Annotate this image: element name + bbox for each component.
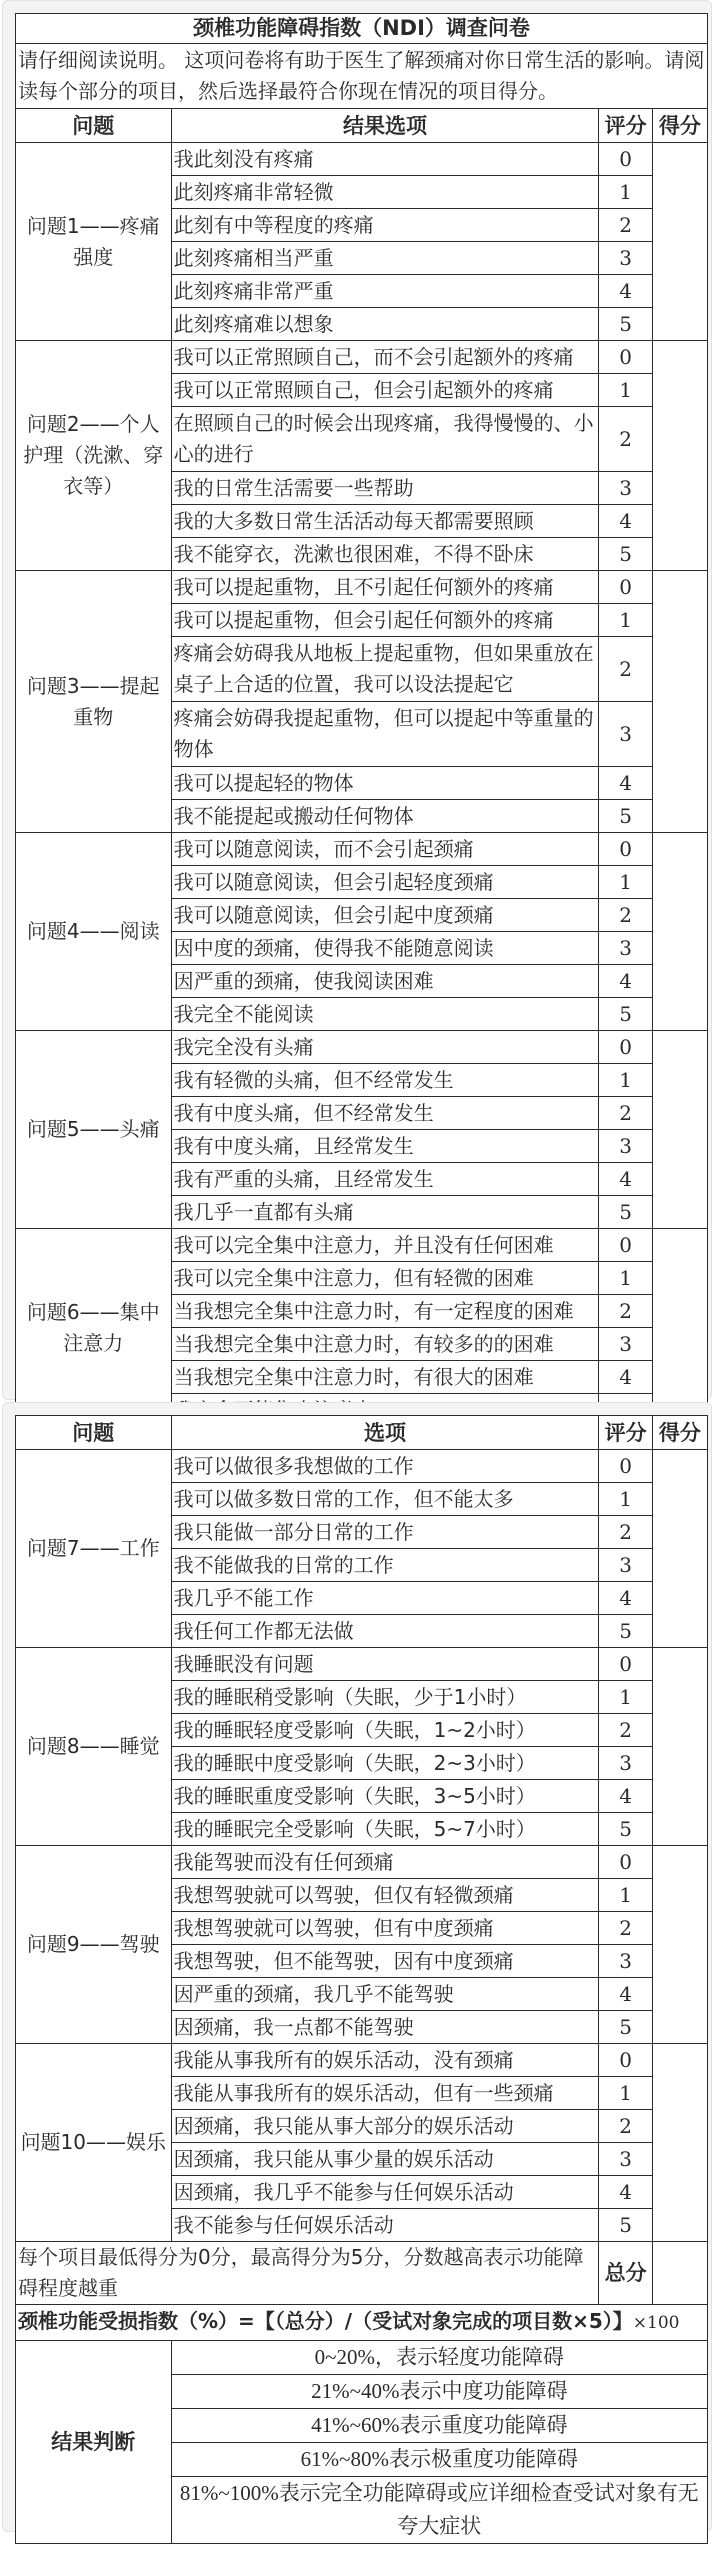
question-9-score-input[interactable] [652,1846,707,2044]
option-text[interactable]: 我睡眠没有问题 [171,1648,599,1681]
questionnaire-page-2: 问题 选项 评分 得分 问题7——工作我可以做很多我想做的工作0我可以做多数日常… [2,1402,712,2532]
question-5-label: 问题5——头痛 [16,1031,172,1229]
col-header-options: 结果选项 [171,109,599,143]
option-text[interactable]: 我的睡眠轻度受影响（失眠，1~2小时） [171,1714,599,1747]
option-rating: 3 [599,1747,652,1780]
option-rating: 3 [599,932,652,965]
question-5-option-row[interactable]: 问题5——头痛我完全没有头痛0 [16,1031,708,1064]
option-rating: 5 [599,1196,652,1229]
option-rating: 4 [599,965,652,998]
option-rating: 0 [599,1031,652,1064]
option-rating: 0 [599,1846,652,1879]
option-rating: 3 [599,472,652,505]
option-rating: 5 [599,538,652,571]
question-7-option-row[interactable]: 问题7——工作我可以做很多我想做的工作0 [16,1450,708,1483]
col-header-options: 选项 [171,1416,599,1450]
option-rating: 2 [599,1295,652,1328]
option-text[interactable]: 因颈痛，我一点都不能驾驶 [171,2011,599,2044]
questions-1-to-6: 问题1——疼痛强度我此刻没有疼痛0此刻疼痛非常轻微1此刻有中等程度的疼痛2此刻疼… [16,143,708,1427]
question-1-option-row[interactable]: 问题1——疼痛强度我此刻没有疼痛0 [16,143,708,176]
question-5-score-input[interactable] [652,1031,707,1229]
question-3-label: 问题3——提起重物 [16,571,172,833]
option-rating: 1 [599,1483,652,1516]
question-2-option-row[interactable]: 问题2——个人护理（洗漱、穿衣等）我可以正常照顾自己，而不会引起额外的疼痛0 [16,341,708,374]
option-text[interactable]: 我可以做很多我想做的工作 [171,1450,599,1483]
option-text[interactable]: 我几乎一直都有头痛 [171,1196,599,1229]
option-text[interactable]: 疼痛会妨碍我从地板上提起重物，但如果重放在桌子上合适的位置，我可以设法提起它 [171,637,599,702]
option-text[interactable]: 疼痛会妨碍我提起重物，但可以提起中等重量的物体 [171,702,599,767]
option-rating: 5 [599,800,652,833]
option-text[interactable]: 我有轻微的头痛，但不经常发生 [171,1064,599,1097]
document-title: 颈椎功能障碍指数（NDI）调查问卷 [16,14,708,44]
option-rating: 0 [599,1229,652,1262]
result-range-5: 81%~100%表示完全功能障碍或应详细检查受试对象有无夸大症状 [171,2477,707,2544]
option-text[interactable]: 我可以正常照顾自己，但会引起额外的疼痛 [171,374,599,407]
result-range-2: 21%~40%表示中度功能障碍 [171,2375,707,2409]
question-10-label: 问题10——娱乐 [16,2044,172,2242]
option-rating: 4 [599,1361,652,1394]
option-text[interactable]: 我可以随意阅读，但会引起中度颈痛 [171,899,599,932]
option-text[interactable]: 此刻疼痛非常严重 [171,275,599,308]
option-rating: 0 [599,341,652,374]
option-text[interactable]: 我的睡眠完全受影响（失眠，5~7小时） [171,1813,599,1846]
option-rating: 2 [599,1912,652,1945]
option-rating: 3 [599,1945,652,1978]
option-rating: 5 [599,1813,652,1846]
option-text[interactable]: 我可以随意阅读，但会引起轻度颈痛 [171,866,599,899]
formula-multiplier: ×100 [633,2313,680,2333]
option-text[interactable]: 当我想完全集中注意力时，有很大的困难 [171,1361,599,1394]
option-rating: 0 [599,143,652,176]
option-text[interactable]: 我的睡眠重度受影响（失眠，3~5小时） [171,1780,599,1813]
option-rating: 3 [599,2143,652,2176]
option-rating: 0 [599,833,652,866]
option-text[interactable]: 我不能提起或搬动任何物体 [171,800,599,833]
option-rating: 3 [599,702,652,767]
option-rating: 2 [599,637,652,702]
option-rating: 4 [599,1978,652,2011]
option-text[interactable]: 我的日常生活需要一些帮助 [171,472,599,505]
option-text[interactable]: 我能从事我所有的娱乐活动，没有颈痛 [171,2044,599,2077]
col-header-question: 问题 [16,109,172,143]
option-rating: 2 [599,407,652,472]
option-rating: 1 [599,1681,652,1714]
formula-main: 颈椎功能受损指数（%）=【（总分）/（受试对象完成的项目数×5）】 [18,2309,633,2333]
question-3-option-row[interactable]: 问题3——提起重物我可以提起重物，且不引起任何额外的疼痛0 [16,571,708,604]
col-header-score: 得分 [652,109,707,143]
option-rating: 1 [599,866,652,899]
option-text[interactable]: 在照顾自己的时候会出现疼痛，我得慢慢的、小心的进行 [171,407,599,472]
option-text[interactable]: 因颈痛，我只能从事少量的娱乐活动 [171,2143,599,2176]
option-rating: 4 [599,275,652,308]
option-rating: 2 [599,899,652,932]
option-rating: 5 [599,308,652,341]
option-text[interactable]: 我只能做一部分日常的工作 [171,1516,599,1549]
option-rating: 4 [599,767,652,800]
option-rating: 5 [599,2011,652,2044]
question-3-score-input[interactable] [652,571,707,833]
option-rating: 4 [599,1780,652,1813]
option-text[interactable]: 因严重的颈痛，使我阅读困难 [171,965,599,998]
col-header-question: 问题 [16,1416,172,1450]
question-8-option-row[interactable]: 问题8——睡觉我睡眠没有问题0 [16,1648,708,1681]
question-8-score-input[interactable] [652,1648,707,1846]
option-rating: 4 [599,505,652,538]
option-text[interactable]: 此刻有中等程度的疼痛 [171,209,599,242]
option-rating: 1 [599,604,652,637]
option-rating: 4 [599,1582,652,1615]
question-6-label: 问题6——集中注意力 [16,1229,172,1427]
question-9-label: 问题9——驾驶 [16,1846,172,2044]
option-rating: 1 [599,2077,652,2110]
option-text[interactable]: 我可以正常照顾自己，而不会引起额外的疼痛 [171,341,599,374]
option-text[interactable]: 我不能参与任何娱乐活动 [171,2209,599,2242]
option-rating: 2 [599,2110,652,2143]
question-1-label: 问题1——疼痛强度 [16,143,172,341]
question-2-score-input[interactable] [652,341,707,571]
option-rating: 0 [599,2044,652,2077]
option-rating: 5 [599,998,652,1031]
option-rating: 1 [599,176,652,209]
question-6-score-input[interactable] [652,1229,707,1427]
result-range-3: 41%~60%表示重度功能障碍 [171,2409,707,2443]
option-rating: 0 [599,1648,652,1681]
question-9-option-row[interactable]: 问题9——驾驶我能驾驶而没有任何颈痛0 [16,1846,708,1879]
question-8-label: 问题8——睡觉 [16,1648,172,1846]
option-text[interactable]: 我不能做我的日常的工作 [171,1549,599,1582]
question-1-score-input[interactable] [652,143,707,341]
option-text[interactable]: 我可以提起重物，且不引起任何额外的疼痛 [171,571,599,604]
option-rating: 5 [599,2209,652,2242]
option-text[interactable]: 我能驾驶而没有任何颈痛 [171,1846,599,1879]
option-rating: 3 [599,1130,652,1163]
option-rating: 1 [599,1064,652,1097]
col-header-score: 得分 [652,1416,707,1450]
option-text[interactable]: 我想驾驶，但不能驾驶，因有中度颈痛 [171,1945,599,1978]
option-rating: 0 [599,571,652,604]
result-range-1: 0~20%，表示轻度功能障碍 [171,2341,707,2375]
option-text[interactable]: 我此刻没有疼痛 [171,143,599,176]
option-text[interactable]: 我的睡眠稍受影响（失眠，少于1小时） [171,1681,599,1714]
option-text[interactable]: 此刻疼痛相当严重 [171,242,599,275]
question-4-label: 问题4——阅读 [16,833,172,1031]
option-text[interactable]: 我可以完全集中注意力，但有轻微的困难 [171,1262,599,1295]
option-rating: 2 [599,1516,652,1549]
result-range-4: 61%~80%表示极重度功能障碍 [171,2443,707,2477]
option-text[interactable]: 我想驾驶就可以驾驶，但仅有轻微颈痛 [171,1879,599,1912]
option-text[interactable]: 当我想完全集中注意力时，有较多的的困难 [171,1328,599,1361]
option-rating: 0 [599,1450,652,1483]
option-rating: 1 [599,1262,652,1295]
question-4-option-row[interactable]: 问题4——阅读我可以随意阅读，而不会引起颈痛0 [16,833,708,866]
scoring-note: 每个项目最低得分为0分，最高得分为5分，分数越高表示功能障碍程度越重 [16,2242,599,2305]
option-text[interactable]: 我完全不能阅读 [171,998,599,1031]
result-judgment-label: 结果判断 [16,2341,172,2544]
ndi-table-part-2: 问题 选项 评分 得分 问题7——工作我可以做很多我想做的工作0我可以做多数日常… [15,1415,708,2544]
col-header-rating: 评分 [599,109,652,143]
option-text[interactable]: 我完全没有头痛 [171,1031,599,1064]
option-text[interactable]: 我不能穿衣，洗漱也很困难，不得不卧床 [171,538,599,571]
option-text[interactable]: 我可以做多数日常的工作，但不能太多 [171,1483,599,1516]
option-text[interactable]: 我有中度头痛，但不经常发生 [171,1097,599,1130]
option-text[interactable]: 我可以提起轻的物体 [171,767,599,800]
question-2-label: 问题2——个人护理（洗漱、穿衣等） [16,341,172,571]
question-10-option-row[interactable]: 问题10——娱乐我能从事我所有的娱乐活动，没有颈痛0 [16,2044,708,2077]
total-score-cell[interactable] [652,2242,707,2305]
questionnaire-page-1: 颈椎功能障碍指数（NDI）调查问卷 请仔细阅读说明。 这项问卷将有助于医生了解颈… [2,0,712,1400]
option-text[interactable]: 我可以提起重物，但会引起任何额外的疼痛 [171,604,599,637]
question-4-score-input[interactable] [652,833,707,1031]
option-text[interactable]: 我可以随意阅读，而不会引起颈痛 [171,833,599,866]
option-text[interactable]: 此刻疼痛非常轻微 [171,176,599,209]
questions-7-to-10: 问题7——工作我可以做很多我想做的工作0我可以做多数日常的工作，但不能太多1我只… [16,1450,708,2242]
option-text[interactable]: 因严重的颈痛，我几乎不能驾驶 [171,1978,599,2011]
option-text[interactable]: 因颈痛，我只能从事大部分的娱乐活动 [171,2110,599,2143]
option-rating: 2 [599,1097,652,1130]
option-text[interactable]: 此刻疼痛难以想象 [171,308,599,341]
col-header-rating: 评分 [599,1416,652,1450]
question-10-score-input[interactable] [652,2044,707,2242]
option-rating: 3 [599,1328,652,1361]
option-rating: 1 [599,1879,652,1912]
option-rating: 4 [599,1163,652,1196]
option-rating: 4 [599,2176,652,2209]
option-text[interactable]: 因中度的颈痛，使得我不能随意阅读 [171,932,599,965]
question-7-score-input[interactable] [652,1450,707,1648]
option-rating: 2 [599,1714,652,1747]
option-text[interactable]: 我可以完全集中注意力，并且没有任何困难 [171,1229,599,1262]
option-text[interactable]: 我几乎不能工作 [171,1582,599,1615]
option-text[interactable]: 我有中度头痛，且经常发生 [171,1130,599,1163]
option-rating: 3 [599,1549,652,1582]
option-text[interactable]: 我的大多数日常生活活动每天都需要照顾 [171,505,599,538]
option-text[interactable]: 因颈痛，我几乎不能参与任何娱乐活动 [171,2176,599,2209]
option-rating: 5 [599,1615,652,1648]
question-6-option-row[interactable]: 问题6——集中注意力我可以完全集中注意力，并且没有任何困难0 [16,1229,708,1262]
index-formula: 颈椎功能受损指数（%）=【（总分）/（受试对象完成的项目数×5）】×100 [16,2305,708,2341]
option-text[interactable]: 当我想完全集中注意力时，有一定程度的困难 [171,1295,599,1328]
option-text[interactable]: 我有严重的头痛，且经常发生 [171,1163,599,1196]
total-score-label: 总分 [599,2242,652,2305]
option-rating: 2 [599,209,652,242]
question-7-label: 问题7——工作 [16,1450,172,1648]
option-text[interactable]: 我任何工作都无法做 [171,1615,599,1648]
instructions: 请仔细阅读说明。 这项问卷将有助于医生了解颈痛对你日常生活的影响。请阅读每个部分… [16,44,708,109]
option-text[interactable]: 我能从事我所有的娱乐活动，但有一些颈痛 [171,2077,599,2110]
option-rating: 1 [599,374,652,407]
option-text[interactable]: 我的睡眠中度受影响（失眠，2~3小时） [171,1747,599,1780]
option-rating: 3 [599,242,652,275]
option-text[interactable]: 我想驾驶就可以驾驶，但有中度颈痛 [171,1912,599,1945]
ndi-table-part-1: 颈椎功能障碍指数（NDI）调查问卷 请仔细阅读说明。 这项问卷将有助于医生了解颈… [15,13,708,1427]
